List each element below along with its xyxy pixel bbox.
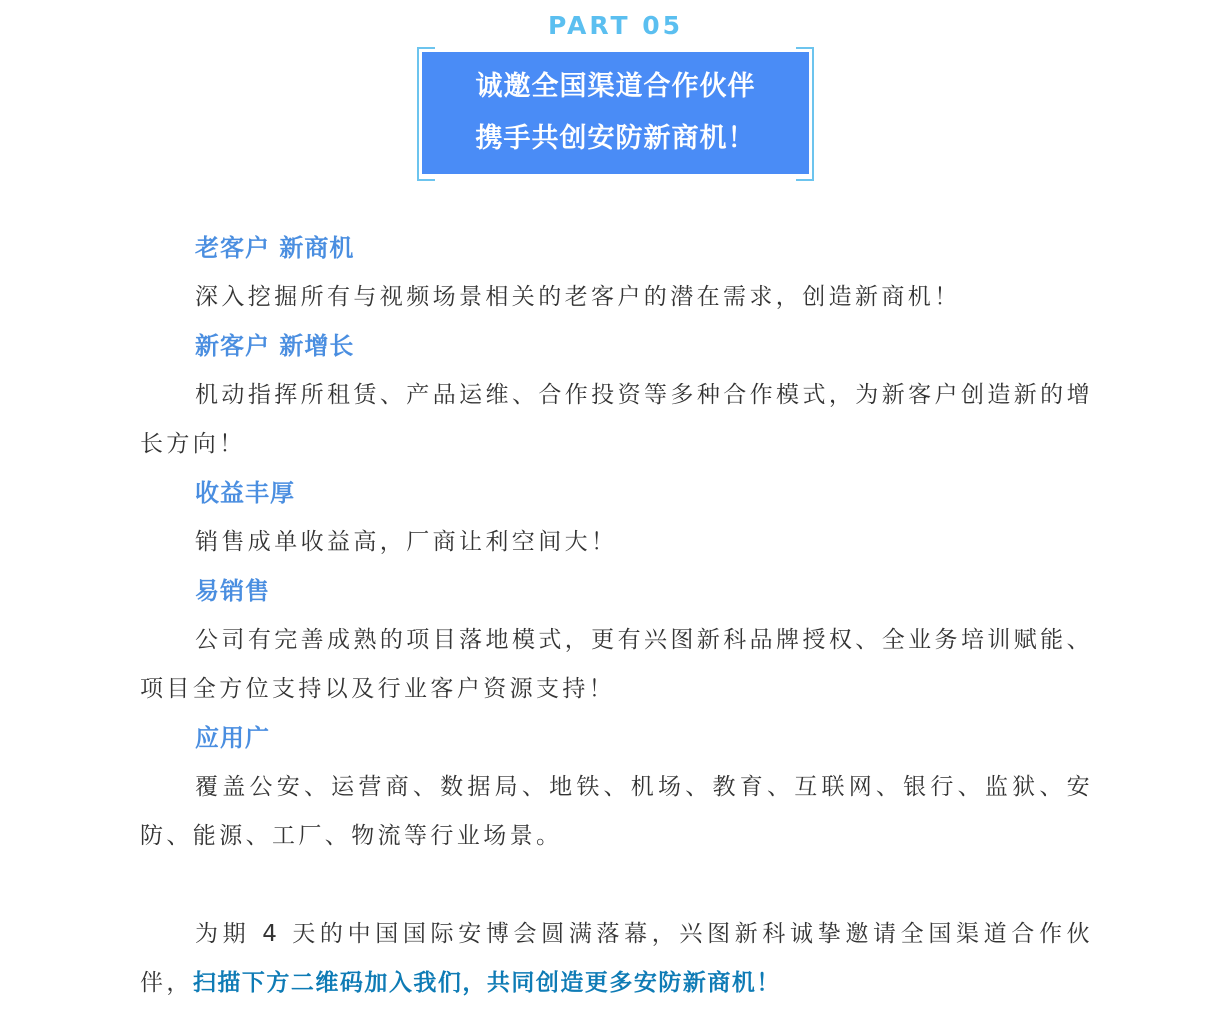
title-frame: 诚邀全国渠道合作伙伴 携手共创安防新商机！ [417, 47, 814, 179]
article-content: 老客户 新商机 深入挖掘所有与视频场景相关的老客户的潜在需求，创造新商机！ 新客… [140, 224, 1093, 1008]
closing-highlight: 扫描下方二维码加入我们，共同创造更多安防新商机！ [193, 970, 781, 996]
section-body: 销售成单收益高，厂商让利空间大！ [140, 518, 1093, 567]
section-heading: 老客户 新商机 [140, 224, 1093, 273]
section-body: 覆盖公安、运营商、数据局、地铁、机场、教育、互联网、银行、监狱、安防、能源、工厂… [140, 763, 1093, 861]
part-label: PART 05 [0, 10, 1231, 42]
section-body: 公司有完善成熟的项目落地模式，更有兴图新科品牌授权、全业务培训赋能、项目全方位支… [140, 616, 1093, 714]
title-box: 诚邀全国渠道合作伙伴 携手共创安防新商机！ [422, 52, 809, 174]
section-heading: 应用广 [140, 714, 1093, 763]
section-heading: 易销售 [140, 567, 1093, 616]
section-heading: 新客户 新增长 [140, 322, 1093, 371]
title-line-1: 诚邀全国渠道合作伙伴 [476, 61, 756, 113]
spacer [140, 861, 1093, 910]
section-body: 深入挖掘所有与视频场景相关的老客户的潜在需求，创造新商机！ [140, 273, 1093, 322]
closing-paragraph: 为期 4 天的中国国际安博会圆满落幕，兴图新科诚挚邀请全国渠道合作伙伴，扫描下方… [140, 910, 1093, 1008]
section-body: 机动指挥所租赁、产品运维、合作投资等多种合作模式，为新客户创造新的增长方向！ [140, 371, 1093, 469]
section-heading: 收益丰厚 [140, 469, 1093, 518]
title-line-2: 携手共创安防新商机！ [476, 113, 756, 165]
